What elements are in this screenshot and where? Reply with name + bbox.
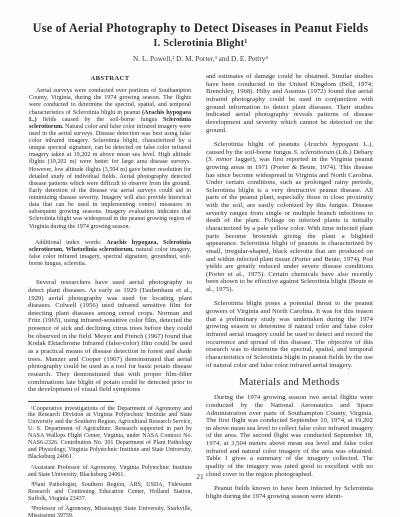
- authors-line: N. L. Powell,² D. M. Porter,³ and D. E. …: [28, 54, 373, 63]
- body-paragraph-objective: Sclerotinia blight poses a potential thr…: [206, 300, 373, 369]
- two-column-body: ABSTRACT Aerial surveys were conducted o…: [28, 73, 373, 517]
- footnote-rule: [28, 401, 114, 402]
- page-title: Use of Aerial Photography to Detect Dise…: [28, 21, 373, 35]
- paper-header: Use of Aerial Photography to Detect Dise…: [28, 21, 373, 63]
- abstract-text: Aerial surveys were conducted over porti…: [28, 88, 192, 231]
- page-subtitle: I. Sclerotinia Blight¹: [28, 38, 373, 49]
- section-heading-materials-and-methods: Materials and Methods: [206, 377, 373, 388]
- right-column: and estimates of damage could be obtaine…: [206, 73, 373, 517]
- footnote-1: ¹Cooperative investigations of the Depar…: [28, 406, 192, 462]
- body-paragraph-fields-partial: Peanut fields known to have been infecte…: [206, 485, 373, 500]
- paper-page: Use of Aerial Photography to Detect Dise…: [0, 0, 400, 517]
- abstract-heading: ABSTRACT: [28, 75, 192, 82]
- body-paragraph-disease-description: Sclerotinia blight of peanuts (Arachis h…: [206, 141, 373, 294]
- index-words-paragraph: Additional index words: Arachis hypogaea…: [28, 240, 192, 269]
- footnote-block: ¹Cooperative investigations of the Depar…: [28, 401, 192, 517]
- page-number: 21: [0, 472, 400, 481]
- footnote-3: ³Plant Pathologist, Southern Region, ARS…: [28, 482, 192, 503]
- left-column: ABSTRACT Aerial surveys were conducted o…: [28, 73, 192, 517]
- footnote-4: ⁴Professor of Agronomy, Mississippi Stat…: [28, 506, 192, 517]
- body-paragraph-continuation: and estimates of damage could be obtaine…: [206, 73, 373, 134]
- intro-paragraph: Several researchers have used aerial pho…: [28, 279, 192, 394]
- body-paragraph-flights: During the 1974 growing season two aeria…: [206, 394, 373, 478]
